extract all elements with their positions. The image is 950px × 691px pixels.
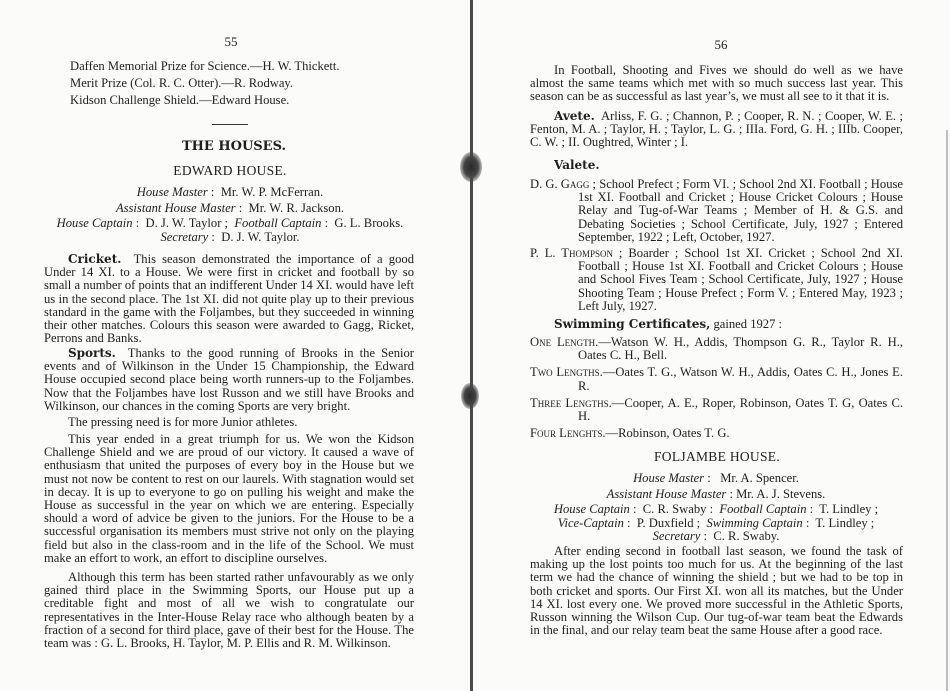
page-55: 55 Daffen Memorial Prize for Science.—H.… bbox=[0, 0, 468, 691]
officer-label: Secretary bbox=[160, 230, 208, 244]
officer-name: C. R. Swaby : bbox=[643, 502, 713, 516]
officer-label: Vice-Captain bbox=[558, 516, 624, 530]
officer-label: House Captain bbox=[554, 502, 630, 516]
officer-label: Secretary bbox=[653, 529, 701, 543]
house-title: EDWARD HOUSE. bbox=[0, 163, 460, 179]
page-56: 56 In Football, Shooting and Fives we sh… bbox=[471, 0, 950, 691]
house-officers: House Master : Mr. A. Spencer. Assistant… bbox=[521, 470, 911, 544]
officer-label: Football Captain bbox=[234, 216, 321, 230]
paragraph-text: This season demonstrated the importance … bbox=[44, 252, 414, 345]
valete-entry: P. L. Thompson ; Boarder ; School 1st XI… bbox=[530, 247, 903, 313]
book-spread: 55 Daffen Memorial Prize for Science.—H.… bbox=[0, 0, 950, 691]
valete-entry: D. G. Gagg ; School Prefect ; Form VI. ;… bbox=[530, 178, 903, 244]
officer-name: D. J. W. Taylor ; bbox=[146, 216, 229, 230]
paragraph-heading: Avete. bbox=[554, 109, 595, 123]
cricket-paragraph: Cricket. This season demonstrated the im… bbox=[44, 253, 414, 345]
officer-label: Assistant House Master bbox=[607, 487, 727, 501]
prize-list: Daffen Memorial Prize for Science.—H. W.… bbox=[70, 58, 390, 109]
leaver-name: P. L. Thompson bbox=[530, 246, 613, 260]
officer-name: G. L. Brooks. bbox=[334, 216, 403, 230]
officer-name: Mr. W. P. McFerran. bbox=[221, 185, 324, 199]
page-number: 55 bbox=[211, 34, 251, 50]
prize-item: Kidson Challenge Shield.—Edward House. bbox=[70, 92, 390, 109]
page-number: 56 bbox=[701, 37, 741, 53]
officer-name: T. Lindley ; bbox=[815, 516, 874, 530]
officer-label: House Captain bbox=[57, 216, 133, 230]
house-officers: House Master : Mr. W. P. McFerran. Assis… bbox=[40, 184, 420, 244]
leaver-name: D. G. Gagg bbox=[530, 177, 589, 191]
swimming-certificates-heading: Swimming Certificates, gained 1927 : bbox=[554, 318, 894, 331]
swimming-sports-paragraph: Although this term has been started rath… bbox=[44, 571, 414, 650]
sports-paragraph: Sports. Thanks to the good running of Br… bbox=[44, 347, 414, 413]
leaver-details: ; School Prefect ; Form VI. ; School 2nd… bbox=[578, 177, 903, 244]
certificate-entry: One Length.—Watson W. H., Addis, Thompso… bbox=[530, 336, 903, 362]
certificate-entry: Two Lengths.—Oates T. G., Watson W. H., … bbox=[530, 366, 903, 392]
officer-label: Football Captain bbox=[719, 502, 806, 516]
house-title: FOLJAMBE HOUSE. bbox=[531, 449, 903, 465]
officer-name: P. Duxfield ; bbox=[637, 516, 700, 530]
football-paragraph: In Football, Shooting and Fives we shoul… bbox=[530, 64, 903, 104]
swimming-certificates-list: One Length.—Watson W. H., Addis, Thompso… bbox=[530, 336, 903, 440]
officer-label: Assistant House Master bbox=[116, 201, 236, 215]
page-edge bbox=[946, 130, 948, 691]
certificate-entry: Three Lengths.—Cooper, A. E., Roper, Rob… bbox=[530, 397, 903, 423]
avete-paragraph: Avete. Arliss, F. G. ; Channon, P. ; Coo… bbox=[530, 110, 903, 150]
officer-label: Swimming Captain bbox=[706, 516, 802, 530]
junior-athletes-paragraph: The pressing need is for more Junior ath… bbox=[44, 416, 414, 429]
valete-heading: Valete. bbox=[554, 159, 754, 172]
officer-name: Mr. A. Spencer. bbox=[720, 471, 799, 485]
certificate-entry: Four Lenghts.—Robinson, Oates T. G. bbox=[530, 427, 903, 440]
foljambe-paragraph: After ending second in football last sea… bbox=[530, 545, 903, 637]
officer-name: Mr. A. J. Stevens. bbox=[736, 487, 825, 501]
officer-name: T. Lindley ; bbox=[819, 502, 878, 516]
paragraph-heading: Sports. bbox=[68, 346, 116, 360]
paragraph-heading: Cricket. bbox=[68, 252, 121, 266]
prize-item: Daffen Memorial Prize for Science.—H. W.… bbox=[70, 58, 390, 75]
section-divider bbox=[212, 124, 248, 125]
leaver-details: ; Boarder ; School 1st XI. Cricket ; Sch… bbox=[578, 246, 903, 313]
officer-name: D. J. W. Taylor. bbox=[221, 230, 299, 244]
triumph-paragraph: This year ended in a great triumph for u… bbox=[44, 433, 414, 565]
section-title: THE HOUSES. bbox=[0, 139, 468, 154]
officer-name: Mr. W. R. Jackson. bbox=[249, 201, 345, 215]
officer-label: House Master bbox=[633, 471, 704, 485]
officer-label: House Master bbox=[137, 185, 208, 199]
officer-name: C. R. Swaby. bbox=[713, 529, 779, 543]
prize-item: Merit Prize (Col. R. C. Otter).—R. Rodwa… bbox=[70, 75, 390, 92]
